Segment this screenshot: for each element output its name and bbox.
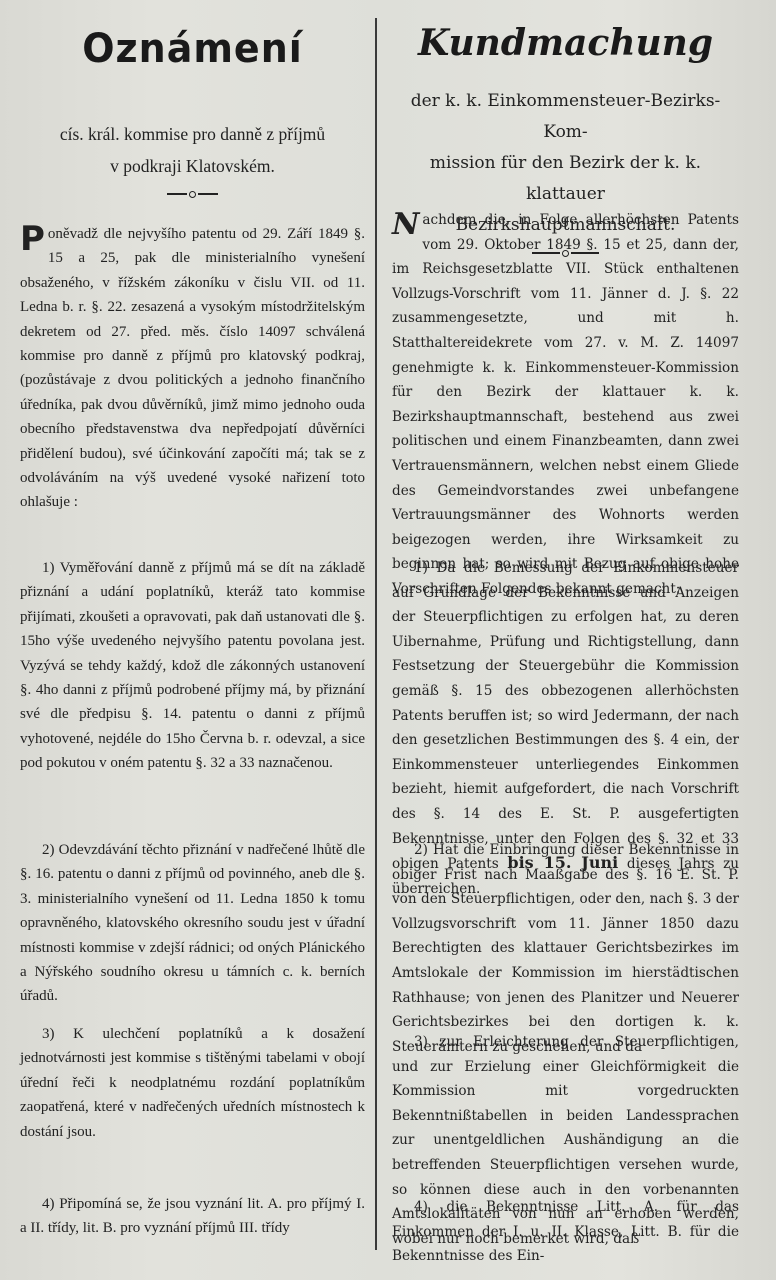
german-title: Kundmachung — [392, 0, 739, 78]
german-intro: Nachdem die, in Folge allerhöchsten Pate… — [392, 208, 739, 602]
czech-intro: Poněvadž dle nejvyšího patentu od 29. Zá… — [20, 222, 365, 515]
czech-item-1: 1) Vyměřování danně z příjmů má se dít n… — [20, 556, 365, 776]
german-item-4: 4) die Bekenntnisse Litt. A. für das Ein… — [392, 1195, 739, 1269]
german-item-2: 2) Hat die Einbringung dieser Bekenntnis… — [392, 838, 739, 1059]
czech-subtitle-line2: v podkraji Klatovském. — [110, 156, 275, 176]
german-dropcap: N — [392, 210, 419, 240]
czech-item-2: 2) Odevzdávání těchto přiznání v nadřeče… — [20, 838, 365, 1009]
german-column: Kundmachung der k. k. Einkommensteuer-Be… — [392, 0, 739, 265]
czech-subtitle: cís. král. kommise pro danně z příjmů v … — [20, 78, 365, 182]
czech-dropcap: P — [20, 224, 45, 254]
czech-item-3: 3) K ulechčení poplatníků a k dosažení j… — [20, 1022, 365, 1144]
column-divider — [375, 18, 377, 1250]
german-subtitle-line1: der k. k. Einkommensteuer-Bezirks-Kom- — [411, 91, 721, 142]
ornament-divider-icon — [20, 182, 365, 206]
czech-column: Oznámení cís. král. kommise pro danně z … — [20, 0, 365, 206]
czech-item-4: 4) Připomíná se, že jsou vyznání lit. A.… — [20, 1192, 365, 1241]
notice-page: Oznámení cís. král. kommise pro danně z … — [0, 0, 776, 1280]
german-subtitle-line2: mission für den Bezirk der k. k. klattau… — [430, 153, 701, 204]
czech-subtitle-line1: cís. král. kommise pro danně z příjmů — [60, 124, 325, 144]
czech-intro-text: oněvadž dle nejvyšího patentu od 29. Zář… — [20, 226, 365, 510]
czech-title: Oznámení — [20, 0, 365, 80]
german-intro-text: achdem die, in Folge allerhöchsten Paten… — [392, 212, 739, 597]
